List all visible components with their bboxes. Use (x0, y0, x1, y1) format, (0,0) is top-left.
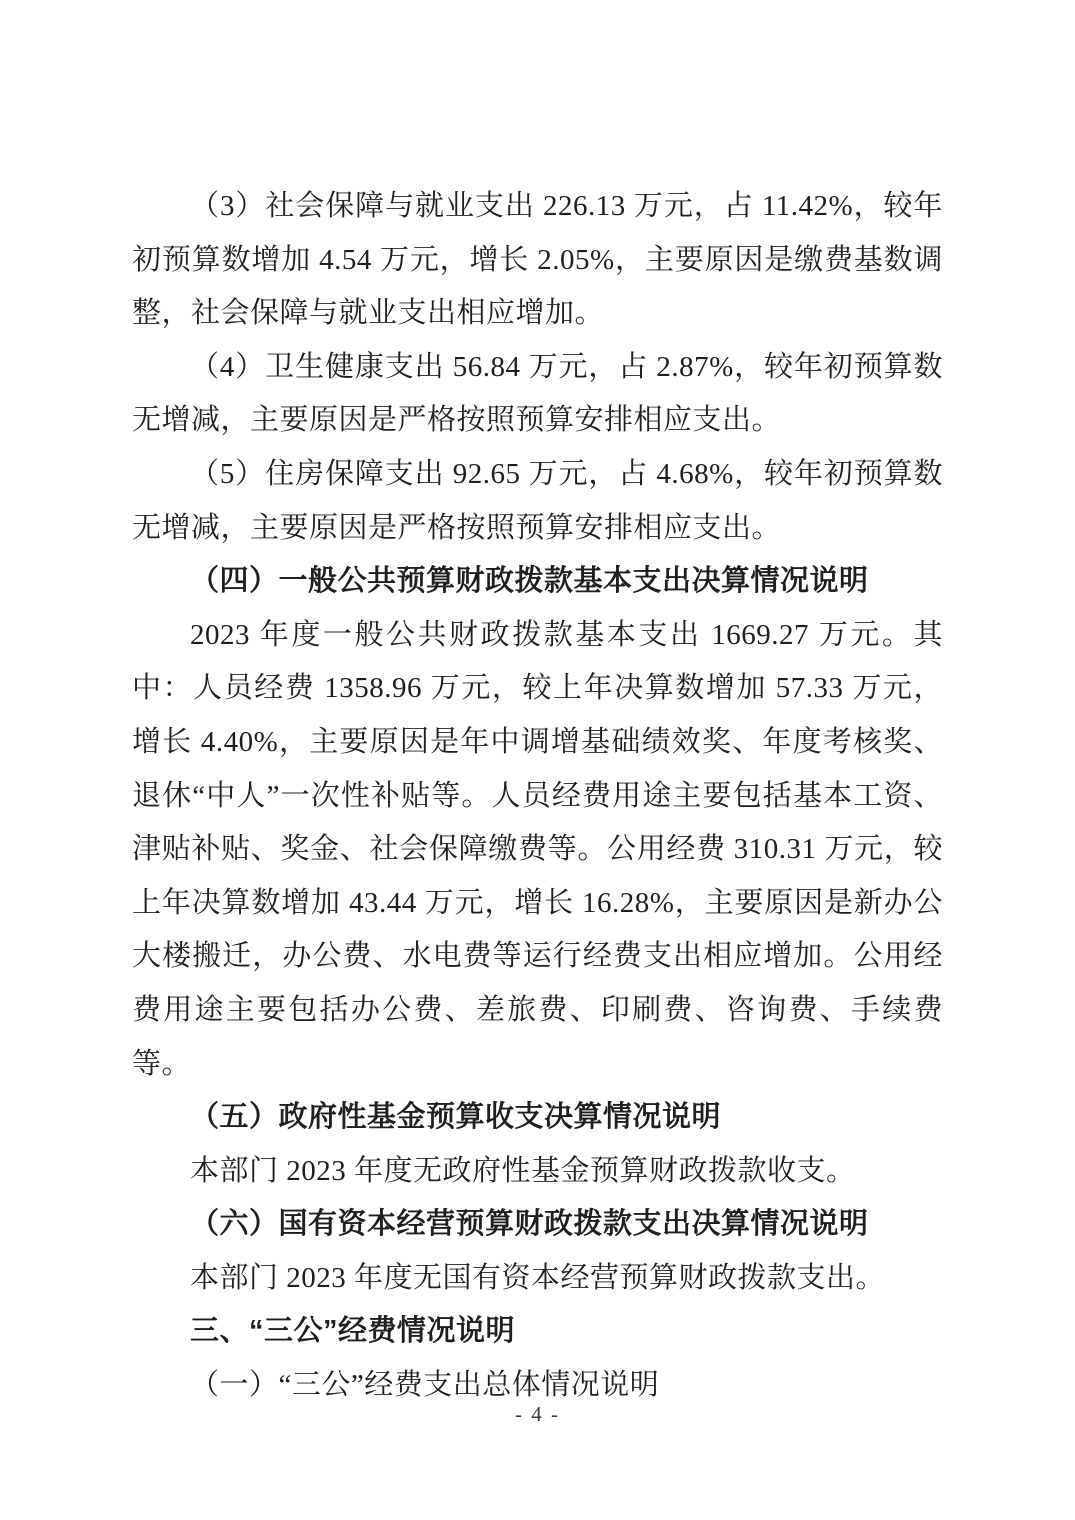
page-number: - 4 - (515, 1402, 560, 1426)
para-health-expenditure: （4）卫生健康支出 56.84 万元，占 2.87%，较年初预算数无增减，主要原… (132, 341, 943, 448)
para-housing-expenditure: （5）住房保障支出 92.65 万元，占 4.68%，较年初预算数无增减，主要原… (132, 448, 943, 555)
document-content: （3）社会保障与就业支出 226.13 万元，占 11.42%，较年初预算数增加… (132, 180, 943, 1413)
heading-government-fund: （五）政府性基金预算收支决算情况说明 (132, 1091, 943, 1145)
para-government-fund: 本部门 2023 年度无政府性基金预算财政拨款收支。 (132, 1145, 943, 1199)
para-state-capital: 本部门 2023 年度无国有资本经营预算财政拨款支出。 (132, 1252, 943, 1306)
heading-basic-expenditure: （四）一般公共预算财政拨款基本支出决算情况说明 (132, 555, 943, 609)
document-page: （3）社会保障与就业支出 226.13 万元，占 11.42%，较年初预算数增加… (0, 0, 1075, 1520)
para-social-security-employment: （3）社会保障与就业支出 226.13 万元，占 11.42%，较年初预算数增加… (132, 180, 943, 341)
para-basic-expenditure-detail: 2023 年度一般公共财政拨款基本支出 1669.27 万元。其中：人员经费 1… (132, 609, 943, 1091)
heading-three-public-funds: 三、“三公”经费情况说明 (132, 1305, 943, 1359)
heading-state-capital: （六）国有资本经营预算财政拨款支出决算情况说明 (132, 1198, 943, 1252)
page-footer: - 4 - (0, 1402, 1075, 1427)
